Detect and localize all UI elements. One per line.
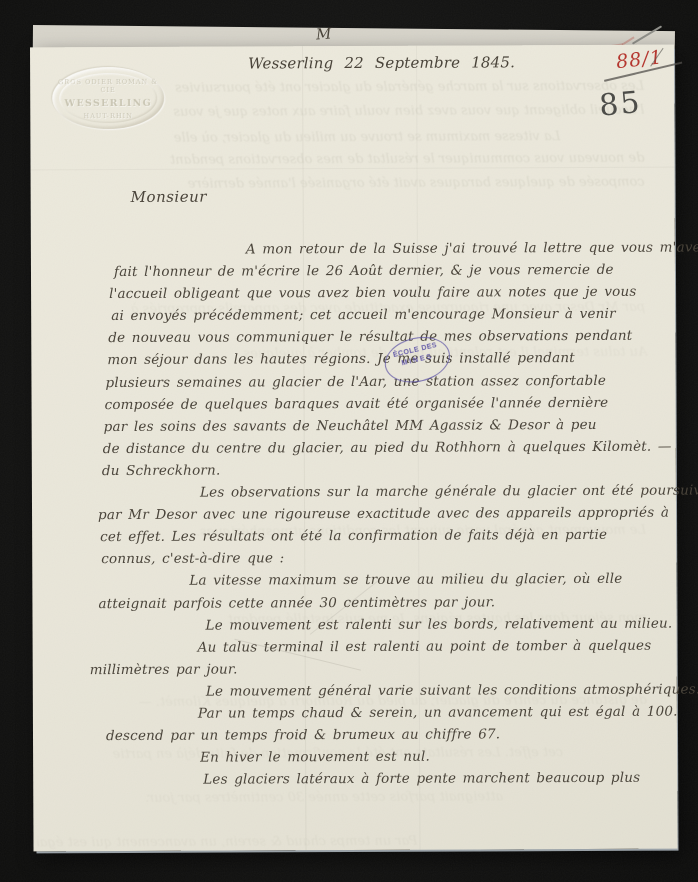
letter-line: Le mouvement général varie suivant les c… bbox=[99, 678, 675, 703]
letter-line: de distance du centre du glacier, au pie… bbox=[98, 435, 674, 460]
letter-line: Le mouvement est ralenti sur les bords, … bbox=[98, 612, 674, 637]
photo-backdrop: M Les observations sur la marche général… bbox=[0, 0, 698, 882]
letter-line: Les glaciers latéraux à forte pente marc… bbox=[99, 767, 675, 792]
letter-line: plusieurs semaines au glacier de l'Aar, … bbox=[97, 369, 673, 394]
salutation: Monsieur bbox=[131, 188, 207, 206]
letter-line: Par un temps chaud & serein, un avanceme… bbox=[99, 701, 675, 726]
letter-line: par Mr Desor avec une rigoureuse exactit… bbox=[98, 502, 674, 527]
letter-line: ai envoyés précédemment; cet accueil m'e… bbox=[97, 303, 673, 328]
letter-line: descend par un temps froid & brumeux au … bbox=[99, 723, 675, 748]
letter-line: cet effet. Les résultats ont été la conf… bbox=[98, 524, 674, 549]
letter-line: l'accueil obligeant que vous avez bien v… bbox=[97, 281, 673, 306]
letter-line: En hiver le mouvement est nul. bbox=[99, 745, 675, 770]
letter-line: millimètres par jour. bbox=[90, 656, 675, 681]
letter-line: fait l'honneur de m'écrire le 26 Août de… bbox=[97, 259, 673, 284]
dateline: Wesserling 22 Septembre 1845. bbox=[248, 53, 515, 72]
ink-bleedthrough: Par un temps chaud & serein, un avanceme… bbox=[37, 834, 417, 851]
letter-line: A mon retour de la Suisse j'ai trouvé la… bbox=[97, 237, 673, 262]
folio-number-pencil: 85 bbox=[598, 85, 643, 124]
pencil-squiggle-mark: M bbox=[315, 24, 332, 43]
letter-line: Au talus terminal il est ralenti au poin… bbox=[99, 634, 675, 659]
seal-arc-bottom: HAUT-RHIN bbox=[52, 112, 164, 120]
letter-line: connus, c'est-à-dire que : bbox=[98, 546, 674, 571]
letter-line: du Schreckhorn. bbox=[98, 458, 674, 483]
letter-line: par les soins des savants de Neuchâtel M… bbox=[98, 413, 674, 438]
letter-body: A mon retour de la Suisse j'ai trouvé la… bbox=[97, 237, 675, 792]
ink-bleedthrough: de nouveau vous communiquer le résultat … bbox=[60, 151, 644, 169]
letter-line: Les observations sur la marche générale … bbox=[98, 480, 674, 505]
ink-bleedthrough: La vitesse maximum se trouve au milieu d… bbox=[140, 129, 560, 146]
ink-bleedthrough: atteignait parfois cette année 30 centim… bbox=[43, 789, 503, 806]
letter-line: de nouveau vous communiquer le résultat … bbox=[97, 325, 673, 350]
seal-center-text: WESSERLING bbox=[52, 98, 164, 109]
letter-page: Les observations sur la marche générale … bbox=[30, 45, 678, 852]
letter-line: La vitesse maximum se trouve au milieu d… bbox=[98, 568, 674, 593]
letter-line: composée de quelques baraques avait été … bbox=[98, 391, 674, 416]
embossed-seal: GROS ODIER ROMAN & CIE WESSERLING HAUT-R… bbox=[52, 67, 164, 129]
seal-arc-top: GROS ODIER ROMAN & CIE bbox=[52, 78, 164, 94]
letter-line: atteignait parfois cette année 30 centim… bbox=[98, 590, 674, 615]
